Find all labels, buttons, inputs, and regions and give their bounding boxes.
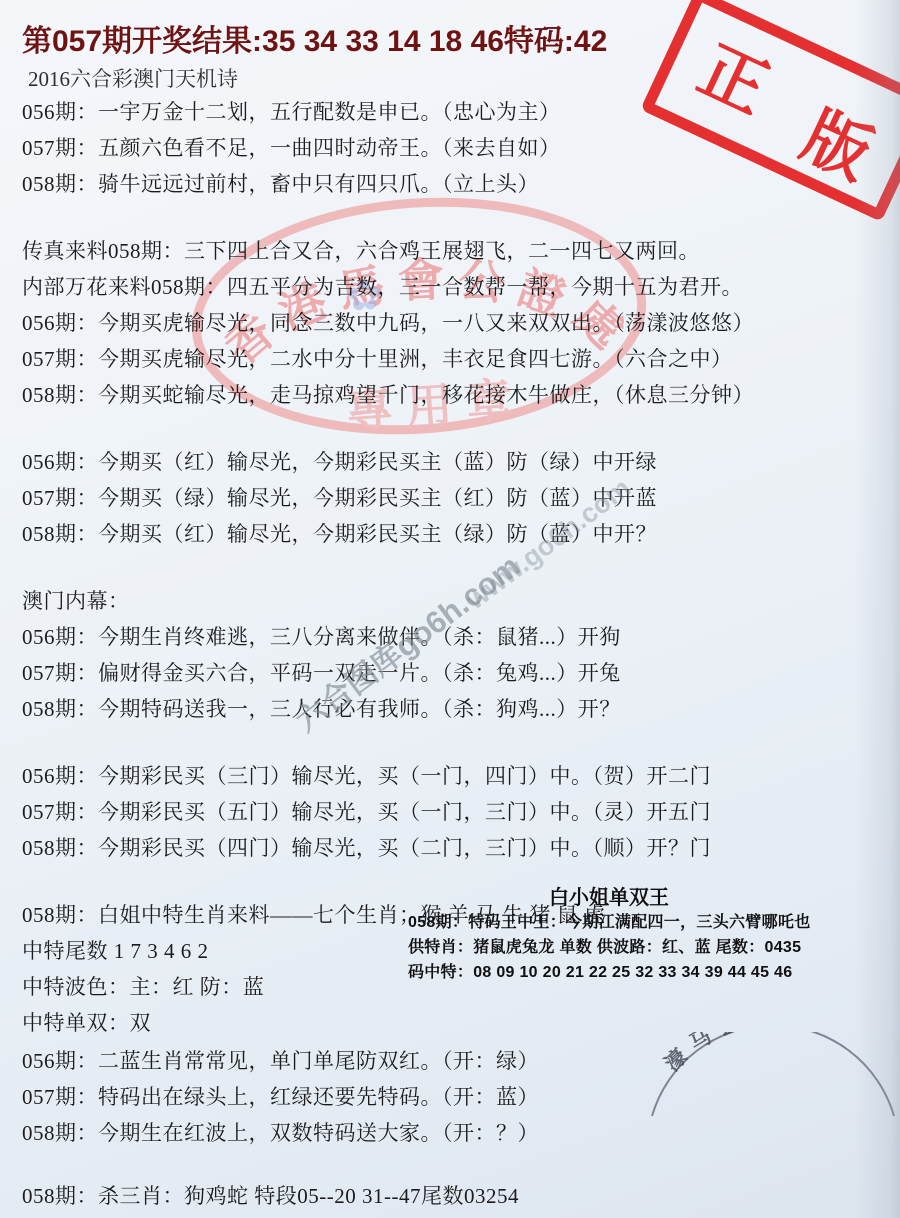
genuine-stamp-char-2: 版 (790, 83, 890, 197)
fax-line: 057期：今期买虎输尽光，二水中分十里洲，丰衣足食四七游。（六合之中） (22, 341, 882, 377)
baixiaojie-title: 白小姐单双王 (408, 886, 900, 910)
baixiaojie-line: 码中特：08 09 10 20 21 22 25 32 33 34 39 44 … (408, 960, 900, 985)
open-line: 058期：今期生在红波上，双数特码送大家。（开：？） (22, 1115, 882, 1151)
color-line: 056期：今期买（红）输尽光，今期彩民买主（蓝）防（绿）中开绿 (22, 444, 882, 480)
kill-zodiac-line: 058期：杀三肖：狗鸡蛇 特段05--20 31--47尾数03254 (22, 1178, 882, 1214)
section-fax-material: 传真来料058期：三下四上合又合，六合鸡王展翅飞，二一四七又两回。 内部万花来料… (22, 233, 882, 413)
fax-line: 传真来料058期：三下四上合又合，六合鸡王展翅飞，二一四七又两回。 (22, 233, 882, 269)
section-color-wave: 056期：今期买（红）输尽光，今期彩民买主（蓝）防（绿）中开绿 057期：今期买… (22, 444, 882, 552)
color-line: 057期：今期买（绿）输尽光，今期彩民买主（红）防（蓝）中开蓝 (22, 480, 882, 516)
open-line: 057期：特码出在绿头上，红绿还要先特码。（开：蓝） (22, 1079, 882, 1115)
fax-line: 058期：今期买蛇输尽光，走马掠鸡望千门，移花接木牛做庄，（休息三分钟） (22, 377, 882, 413)
fax-line: 056期：今期买虎输尽光，同念三数中九码，一八又来双双出。（荡漾波悠悠） (22, 305, 882, 341)
color-line: 058期：今期买（红）输尽光，今期彩民买主（绿）防（蓝）中开？ (22, 516, 882, 552)
door-line: 056期：今期彩民买（三门）输尽光，买（一门，四门）中。（贺）开二门 (22, 758, 882, 794)
genuine-stamp-char-1: 正 (686, 17, 786, 131)
lottery-tip-sheet: 香港馬會公證處 ✿ 專用章 濠马会公证 六合图库go6h.com www.go6… (0, 0, 900, 1218)
section-kill-zodiac: 058期：杀三肖：狗鸡蛇 特段05--20 31--47尾数03254 (22, 1178, 882, 1214)
door-line: 058期：今期彩民买（四门）输尽光，买（二门，三门）中。（顺）开？门 (22, 830, 882, 866)
open-line: 056期：二蓝生肖常常见，单门单尾防双红。（开：绿） (22, 1043, 882, 1079)
baixiaojie-block: 白小姐单双王 058期：特码王中王：今期江满配四一，三头六臂哪吒也 供特肖：猪鼠… (408, 886, 900, 985)
baixiaojie-line: 058期：特码王中王：今期江满配四一，三头六臂哪吒也 (408, 910, 900, 935)
section-open-results: 056期：二蓝生肖常常见，单门单尾防双红。（开：绿） 057期：特码出在绿头上，… (22, 1043, 882, 1151)
door-line: 057期：今期彩民买（五门）输尽光，买（一门，三门）中。（灵）开五门 (22, 794, 882, 830)
insider-line: 057期：偏财得金买六合，平码一双走一片。（杀：兔鸡...）开兔 (22, 655, 882, 691)
baijie-line: 中特单双：双 (22, 1005, 882, 1041)
poem-line: 058期：骑牛远远过前村，畜中只有四只爪。（立上头） (22, 166, 882, 202)
baixiaojie-line: 供特肖：猪鼠虎兔龙 单数 供波路：红、蓝 尾数：0435 (408, 935, 900, 960)
insider-line: 058期：今期特码送我一，三人行必有我师。（杀：狗鸡...）开？ (22, 691, 882, 727)
section-punter-doors: 056期：今期彩民买（三门）输尽光，买（一门，四门）中。（贺）开二门 057期：… (22, 758, 882, 866)
fax-line: 内部万花来料058期：四五平分为吉数，三一合数帮一帮，今期十五为君开。 (22, 269, 882, 305)
